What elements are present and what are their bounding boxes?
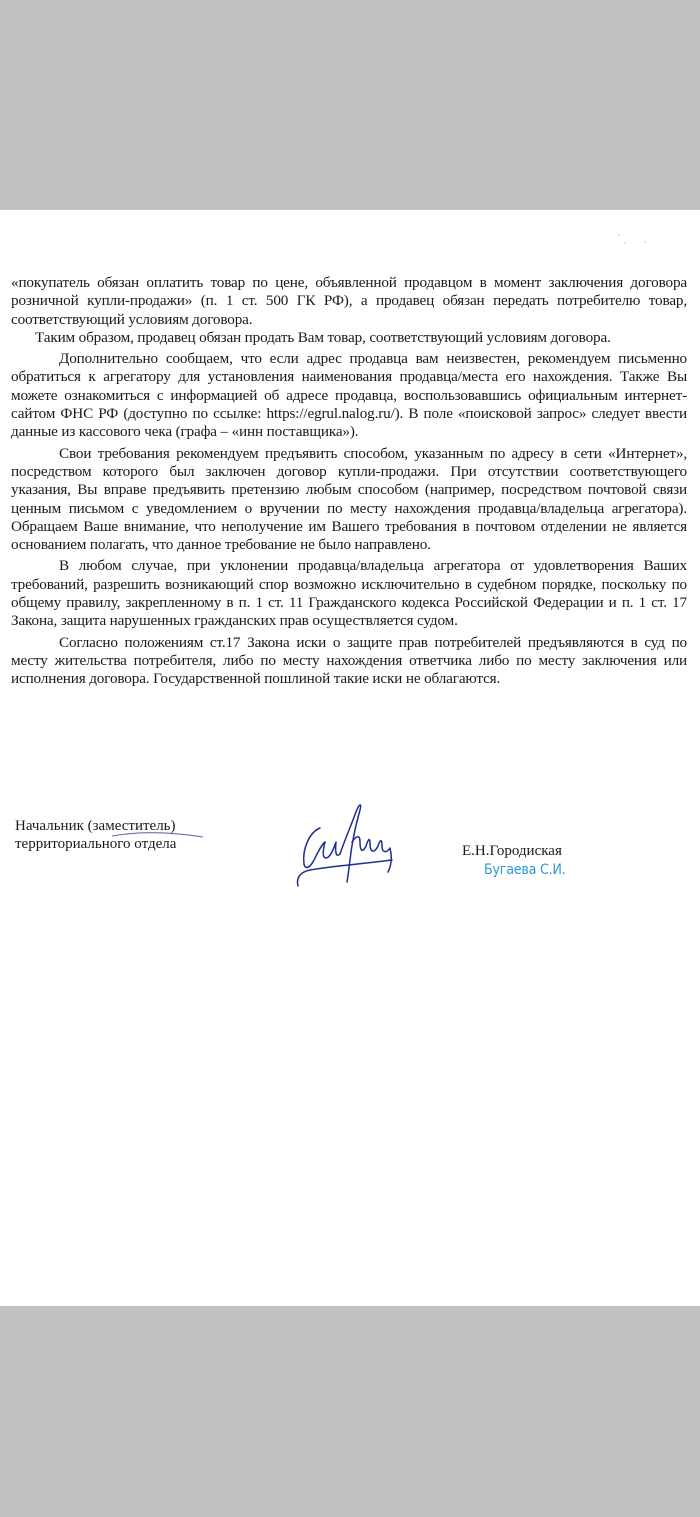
letter-body: «покупатель обязан оплатить товар по цен…	[11, 274, 687, 689]
document-page: «покупатель обязан оплатить товар по цен…	[0, 210, 700, 1306]
paragraph-conclusion: Таким образом, продавец обязан продать В…	[11, 329, 687, 347]
stamp-name: Бугаева С.И.	[484, 861, 565, 879]
paragraph-price-obligation: «покупатель обязан оплатить товар по цен…	[11, 274, 687, 329]
scan-artifact	[644, 241, 646, 243]
signatory-names: Е.Н.Городиская Бугаева С.И.	[462, 842, 577, 879]
pen-stroke-icon	[110, 828, 205, 840]
paragraph-claim-submission: Свои требования рекомендуем предъявить с…	[11, 445, 687, 555]
scan-artifact	[618, 234, 620, 236]
paragraph-seller-address: Дополнительно сообщаем, что если адрес п…	[11, 350, 687, 441]
paragraph-jurisdiction: Согласно положениям ст.17 Закона иски о …	[11, 634, 687, 689]
handwritten-signature-icon	[292, 798, 417, 890]
paragraph-court-resolution: В любом случае, при уклонении продавца/в…	[11, 557, 687, 630]
scan-artifact	[624, 242, 626, 244]
printed-name: Е.Н.Городиская	[462, 842, 577, 860]
